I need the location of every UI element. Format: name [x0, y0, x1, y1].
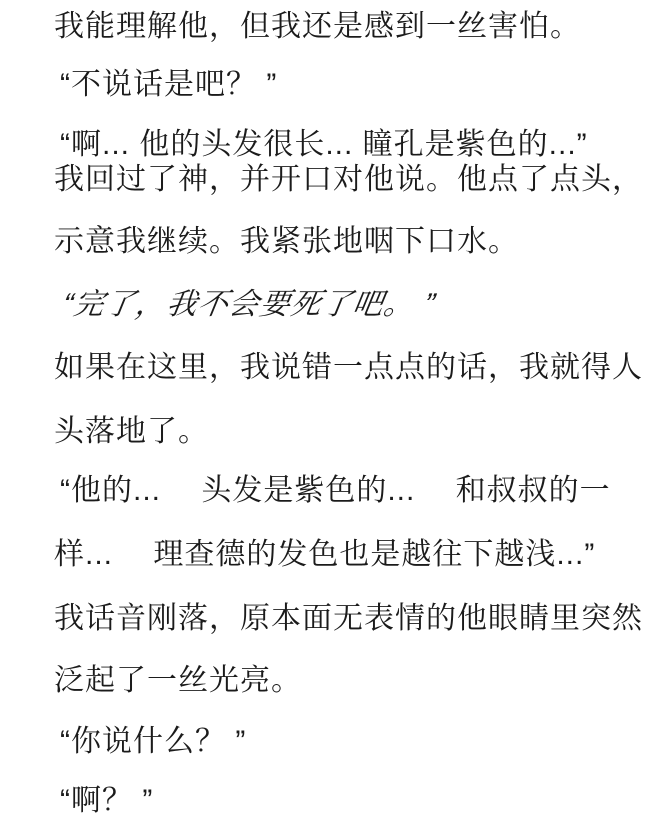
dialogue-line: “啊... 他的头发很长... 瞳孔是紫色的...” — [60, 126, 588, 163]
text-line: 示意我继续。我紧张地咽下口水。 — [54, 223, 519, 260]
dialogue-line: “你说什么？ ” — [60, 723, 246, 760]
dialogue-line: 样... 理查德的发色也是越往下越浅...” — [54, 536, 595, 573]
dialogue-line: “不说话是吧？ ” — [60, 66, 277, 103]
text-line: 泛起了一丝光亮。 — [54, 662, 302, 699]
text-line: 如果在这里，我说错一点点的话，我就得人 — [54, 349, 643, 386]
inner-thought-line: “完了，我不会要死了吧。 ” — [60, 286, 438, 323]
dialogue-line: “他的... 头发是紫色的... 和叔叔的一 — [60, 472, 611, 509]
text-line: 我话音刚落，原本面无表情的他眼睛里突然 — [54, 600, 643, 637]
novel-text-page: 我能理解他，但我还是感到一丝害怕。 “不说话是吧？ ” “啊... 他的头发很长… — [0, 0, 660, 824]
dialogue-line: “啊？ ” — [60, 782, 153, 819]
text-line: 我能理解他，但我还是感到一丝害怕。 — [54, 8, 581, 45]
text-line: 我回过了神，并开口对他说。他点了点头， — [54, 161, 643, 198]
text-line: 头落地了。 — [54, 413, 209, 450]
